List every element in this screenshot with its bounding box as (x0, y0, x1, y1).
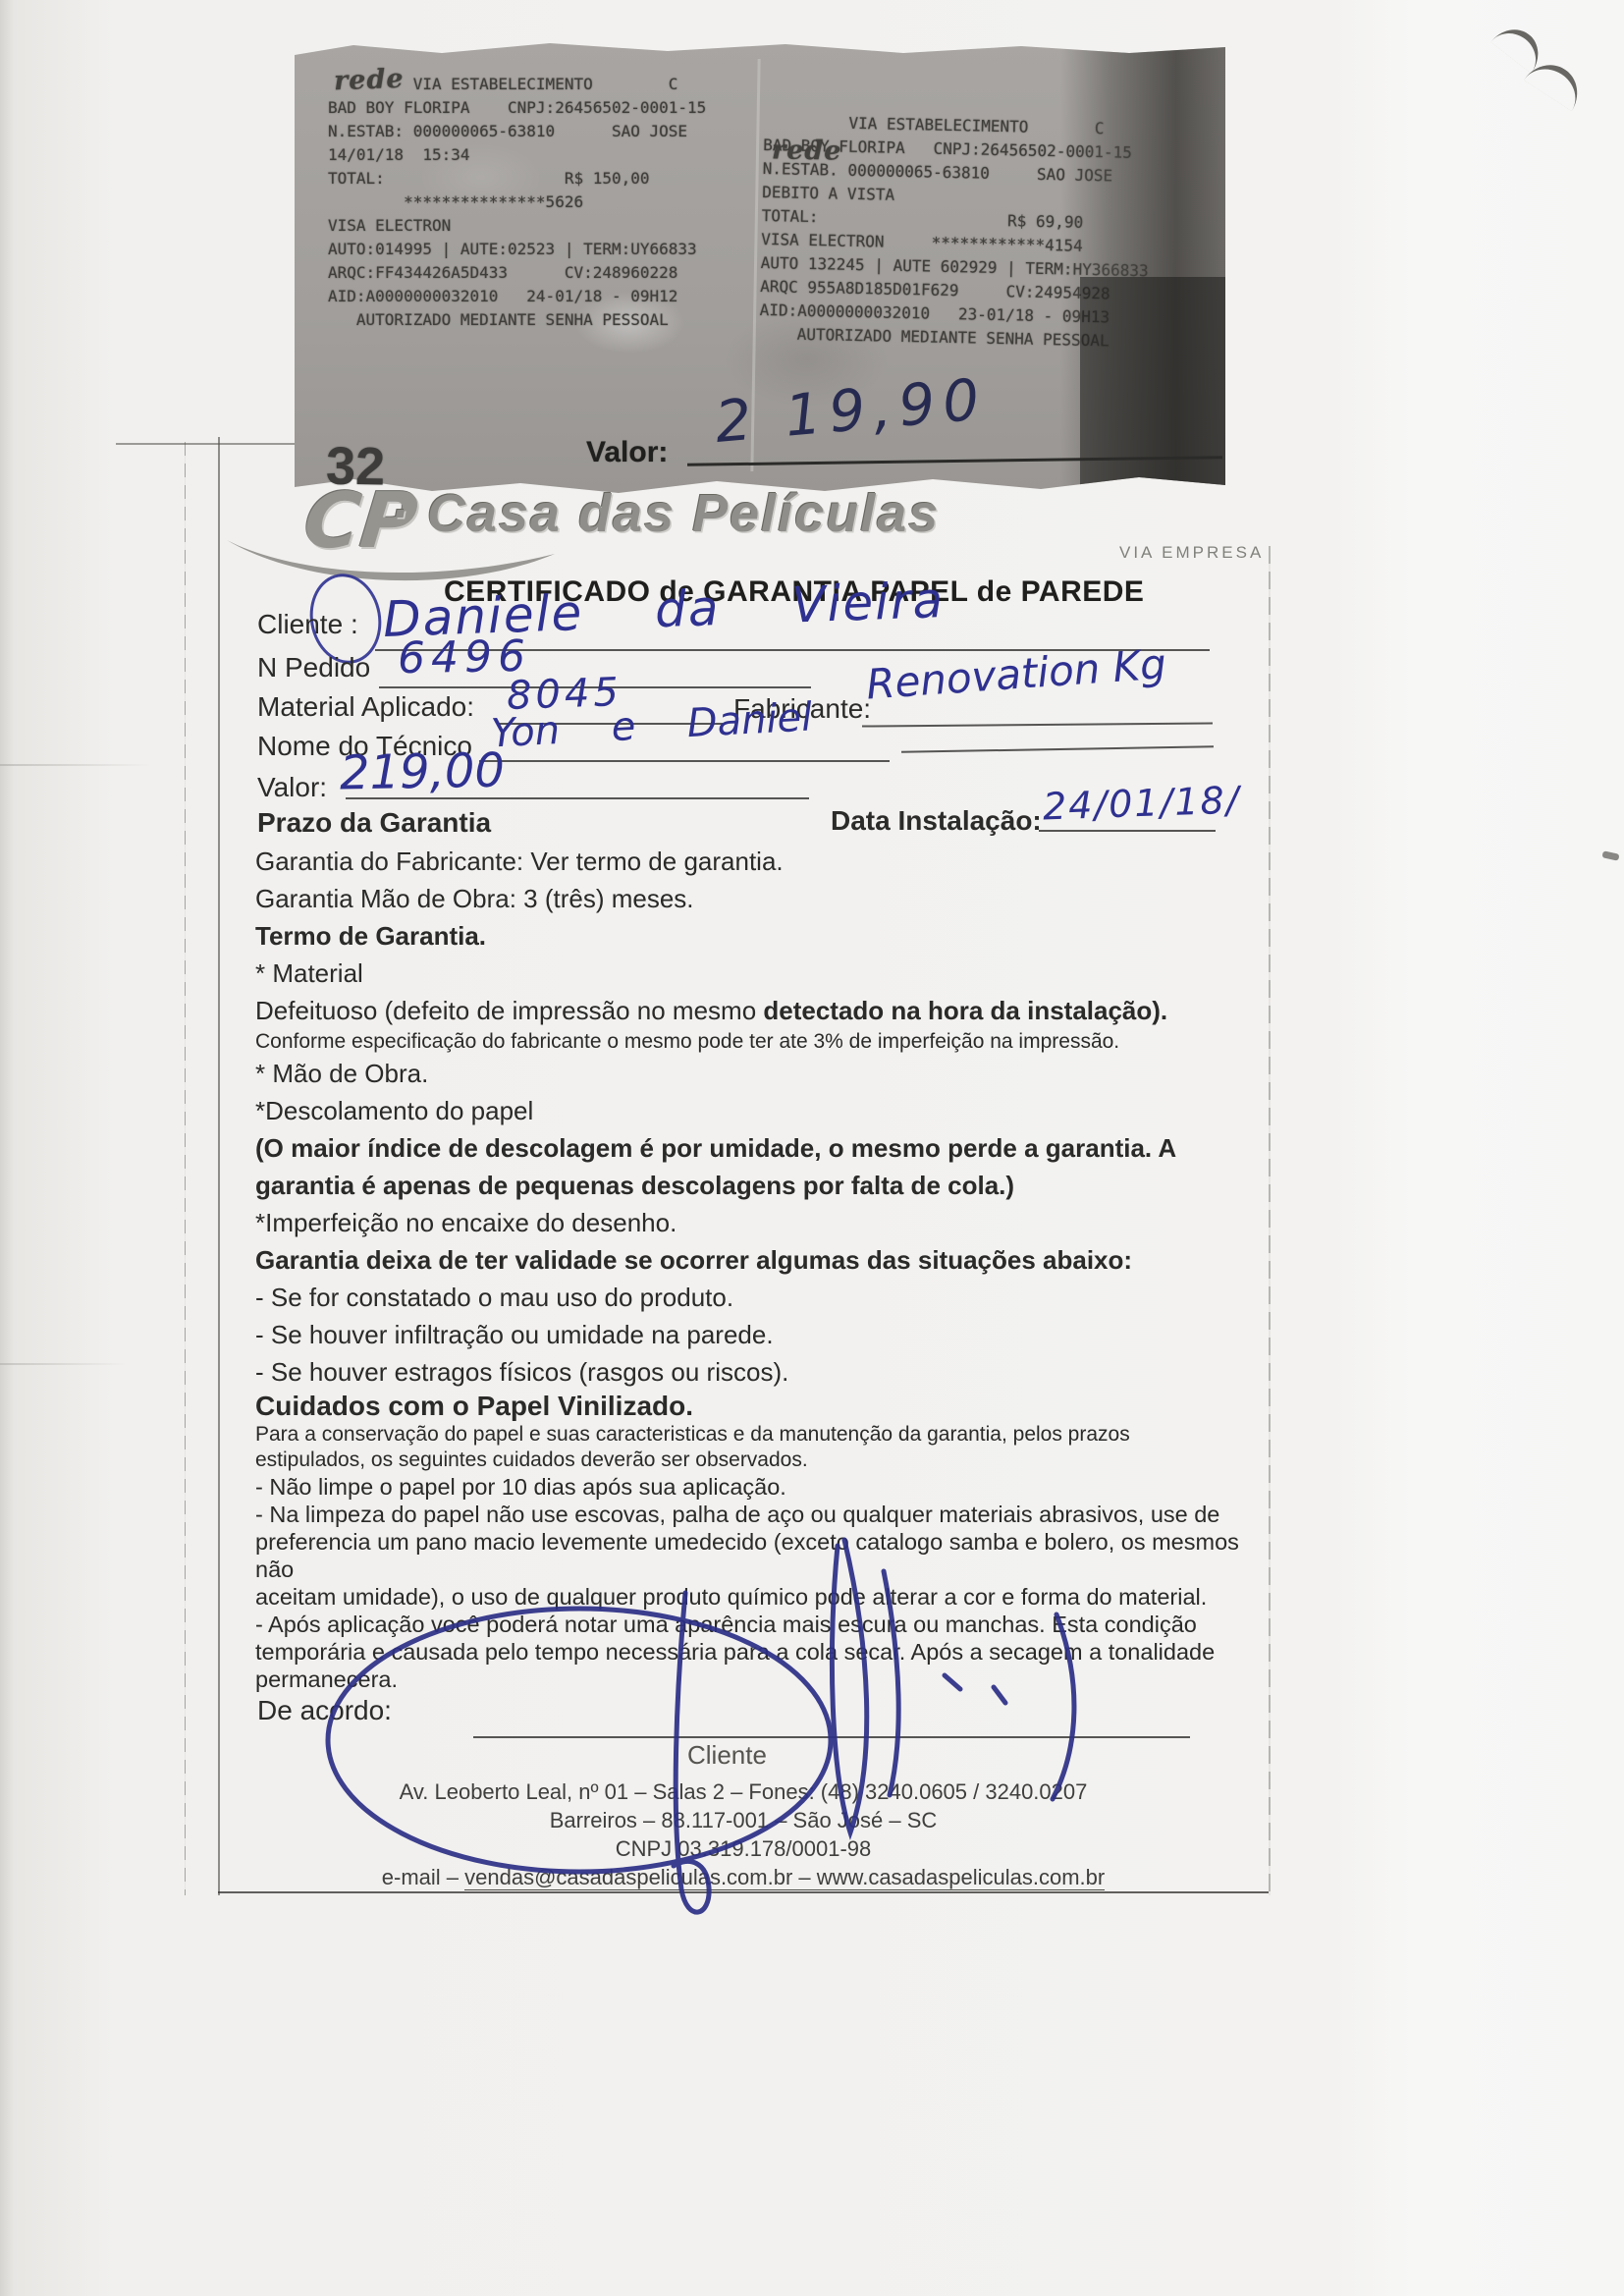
term-line: - Se houver infiltração ou umidade na pa… (255, 1316, 1267, 1353)
pedido-label: N Pedido (257, 652, 370, 683)
receipt-line: VIA ESTABELECIMENTO C (328, 73, 706, 96)
form-border-left (218, 437, 220, 1895)
term-line: Termo de Garantia. (255, 917, 1267, 955)
term-line: *Imperfeição no encaixe do desenho. (255, 1204, 1267, 1241)
handwritten-signature-icon (295, 1532, 1119, 1974)
receipt-line: ARQC:FF434426A5D433 CV:248960228 (328, 261, 706, 285)
term-line: Defeituoso (defeito de impressão no mesm… (255, 992, 1267, 1029)
data-instalacao-handwritten-value: 24/01/18/ (1042, 778, 1241, 828)
term-line: - Na limpeza do papel não use escovas, p… (255, 1501, 1267, 1528)
valor-label: Valor: (257, 772, 327, 803)
material-label: Material Aplicado: (257, 691, 474, 723)
via-empresa-label: VIA EMPRESA (1119, 543, 1264, 563)
term-line: Garantia do Fabricante: Ver termo de gar… (255, 843, 1267, 880)
receipt-line: AUTO:014995 | AUTE:02523 | TERM:UY66833 (328, 238, 706, 261)
term-line: - Se for constatado o mau uso do produto… (255, 1279, 1267, 1316)
valor-handwritten-value: 219,00 (340, 743, 506, 801)
field-underline (479, 760, 890, 762)
receipt-line: TOTAL: R$ 150,00 (328, 167, 706, 191)
term-line: * Material (255, 955, 1267, 992)
paper-crease (0, 764, 152, 766)
scan-shadow-dark (1080, 277, 1225, 495)
term-line: (O maior índice de descolagem é por umid… (255, 1129, 1267, 1167)
form-border-left-outer (185, 442, 186, 1895)
receipt-line: VISA ELECTRON (328, 214, 706, 238)
term-line: Conforme especificação do fabricante o m… (255, 1029, 1267, 1055)
term-line: - Não limpe o papel por 10 dias após sua… (255, 1473, 1267, 1501)
term-line: Garantia Mão de Obra: 3 (três) meses. (255, 880, 1267, 917)
scan-smudge (1601, 850, 1619, 860)
field-underline (1039, 830, 1216, 832)
receipt-line: BAD BOY FLORIPA CNPJ:26456502-0001-15 (328, 96, 706, 120)
term-line: Para a conservação do papel e suas carac… (255, 1422, 1267, 1448)
term-line: garantia é apenas de pequenas descolagen… (255, 1167, 1267, 1204)
term-line: Garantia deixa de ter validade se ocorre… (255, 1241, 1267, 1279)
receipt-line: 14/01/18 15:34 (328, 143, 706, 167)
field-underline (901, 745, 1214, 753)
receipt-line: ***************5626 (328, 191, 706, 214)
receipt-line: AID:A0000000032010 24-01/18 - 09H12 (328, 285, 706, 308)
term-line: *Descolamento do papel (255, 1092, 1267, 1129)
field-underline (346, 797, 809, 799)
scan-valor-label: Valor: (586, 436, 668, 469)
term-line: estipulados, os seguintes cuidados dever… (255, 1448, 1267, 1473)
term-line: - Se houver estragos físicos (rasgos ou … (255, 1353, 1267, 1391)
prazo-garantia-label: Prazo da Garantia (257, 807, 491, 839)
receipt-line: AUTORIZADO MEDIANTE SENHA PESSOAL (328, 308, 706, 332)
paper-crease (0, 1363, 128, 1365)
cliente-label: Cliente : (257, 609, 358, 640)
term-line: Cuidados com o Papel Vinilizado. (255, 1391, 1267, 1422)
receipt-line: N.ESTAB: 000000065-63810 SAO JOSE (328, 120, 706, 143)
data-instalacao-label: Data Instalação: (831, 805, 1042, 837)
receipt-left: VIA ESTABELECIMENTO CBAD BOY FLORIPA CNP… (328, 73, 706, 332)
scanned-document-page: rede VIA ESTABELECIMENTO CBAD BOY FLORIP… (0, 0, 1624, 2296)
field-underline (862, 722, 1213, 727)
paper-edge-shade (0, 0, 14, 2296)
form-border-right (1269, 546, 1271, 1895)
term-line: * Mão de Obra. (255, 1055, 1267, 1092)
